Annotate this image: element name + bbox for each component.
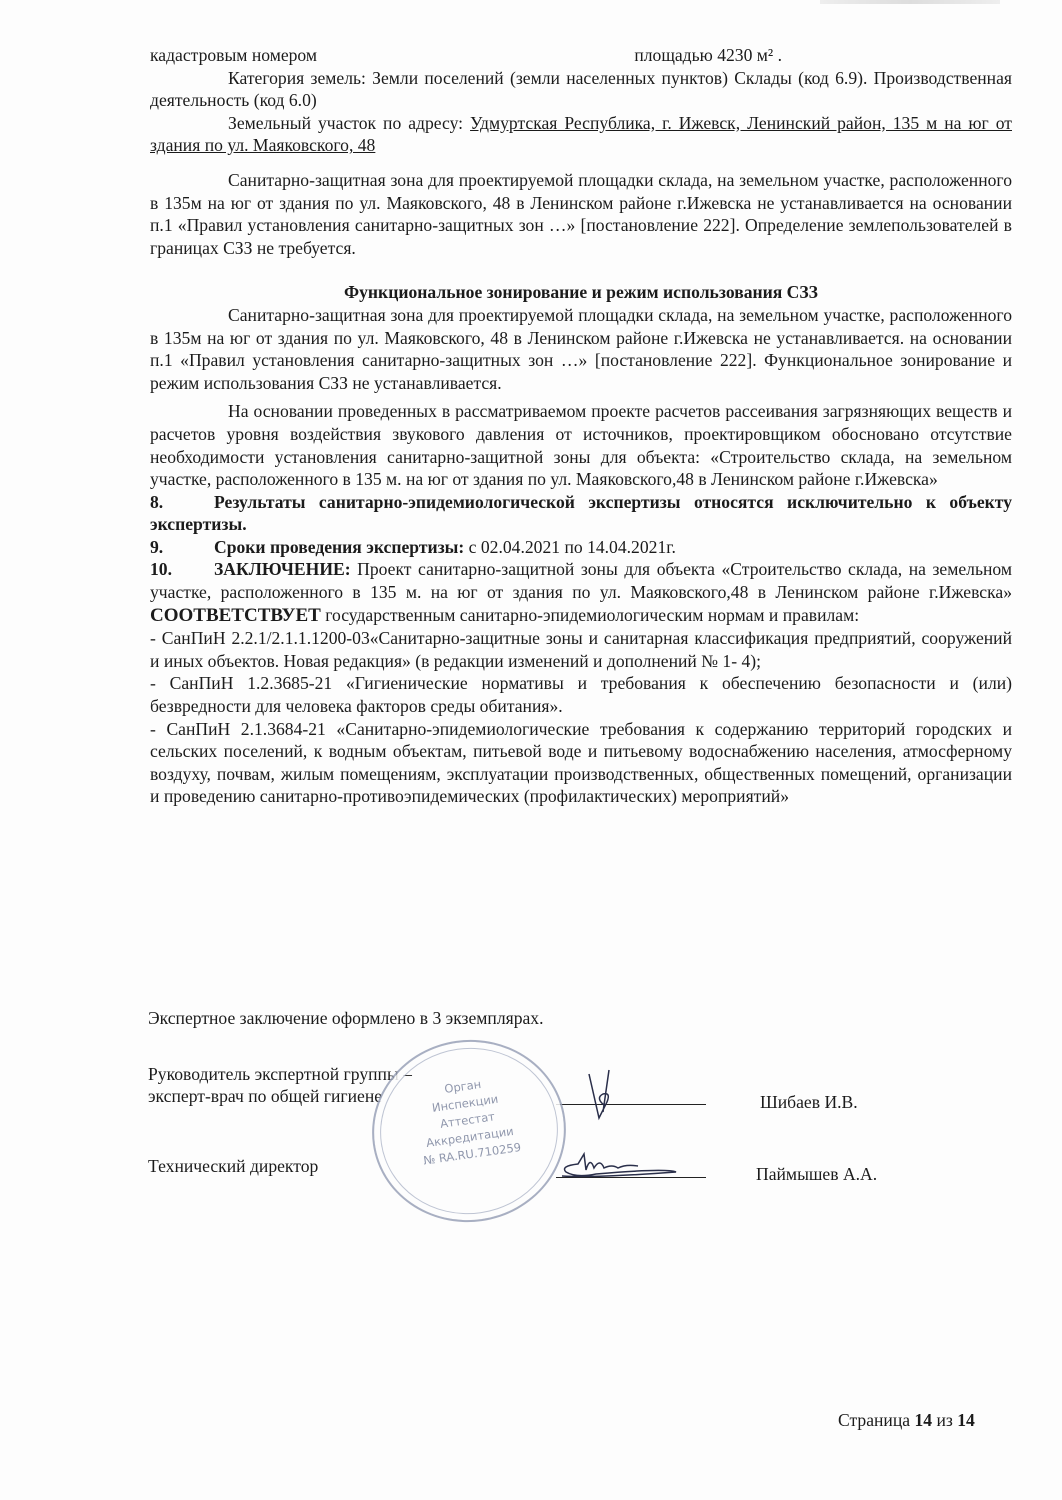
szz-paragraph-2: Санитарно-защитная зона для проектируемо… bbox=[150, 304, 1012, 394]
land-category: Категория земель: Земли поселений (земли… bbox=[150, 67, 1012, 112]
signature-2-icon bbox=[556, 1148, 686, 1184]
signer-2-name: Паймышев А.А. bbox=[756, 1164, 877, 1185]
item-9: 9.Сроки проведения экспертизы: с 02.04.2… bbox=[150, 536, 1012, 559]
address-label: Земельный участок по адресу: bbox=[228, 113, 470, 133]
norm-item: - СанПиН 2.2.1/2.1.1.1200-03«Санитарно-з… bbox=[150, 627, 1012, 672]
norm-item: - СанПиН 1.2.3685-21 «Гигиенические норм… bbox=[150, 672, 1012, 717]
address-paragraph: Земельный участок по адресу: Удмуртская … bbox=[150, 112, 1012, 157]
basis-paragraph: На основании проведенных в рассматриваем… bbox=[150, 400, 1012, 490]
item-10-text-b: государственным санитарно-эпидемиологиче… bbox=[321, 605, 859, 625]
item-8-text: Результаты санитарно-эпидемиологической … bbox=[150, 492, 1012, 535]
szz-paragraph-1: Санитарно-защитная зона для проектируемо… bbox=[150, 169, 1012, 259]
norm-item: - СанПиН 2.1.3684-21 «Санитарно-эпидемио… bbox=[150, 718, 1012, 808]
scan-artifact bbox=[820, 0, 1000, 4]
item-9-label: Сроки проведения экспертизы: bbox=[214, 537, 464, 557]
page-label: Страница bbox=[838, 1410, 914, 1430]
page-current: 14 bbox=[914, 1410, 932, 1430]
zoning-heading: Функциональное зонирование и режим испол… bbox=[150, 281, 1012, 304]
item-9-dates: с 02.04.2021 по 14.04.2021г. bbox=[464, 537, 676, 557]
signer-1-name: Шибаев И.В. bbox=[760, 1092, 858, 1113]
accreditation-stamp: Орган Инспекции Аттестат Аккредитации № … bbox=[360, 1027, 577, 1234]
signature-1-icon bbox=[585, 1068, 625, 1126]
item-9-number: 9. bbox=[150, 536, 214, 559]
role-2: Технический директор bbox=[148, 1156, 318, 1177]
page-footer: Страница 14 из 14 bbox=[838, 1410, 975, 1431]
signature-line-1 bbox=[556, 1104, 706, 1105]
conformity-verdict: СООТВЕТСТВУЕТ bbox=[150, 605, 321, 626]
item-8: 8.Результаты санитарно-эпидемиологическо… bbox=[150, 491, 1012, 536]
item-10-number: 10. bbox=[150, 558, 214, 581]
item-10: 10.ЗАКЛЮЧЕНИЕ: Проект санитарно-защитной… bbox=[150, 558, 1012, 627]
item-8-number: 8. bbox=[150, 491, 214, 514]
area-value: площадью 4230 м² . bbox=[634, 44, 782, 67]
of-label: из bbox=[932, 1410, 957, 1430]
item-10-label: ЗАКЛЮЧЕНИЕ: bbox=[214, 559, 351, 579]
cadastral-line: кадастровым номером площадью 4230 м² . bbox=[150, 44, 1012, 67]
role-1-line-2: эксперт-врач по общей гигиене bbox=[148, 1086, 382, 1107]
copies-note: Экспертное заключение оформлено в 3 экзе… bbox=[148, 1008, 544, 1029]
page-total: 14 bbox=[957, 1410, 975, 1430]
cadastral-label: кадастровым номером bbox=[150, 44, 317, 67]
document-body: кадастровым номером площадью 4230 м² . К… bbox=[150, 44, 1012, 808]
role-1-line-1: Руководитель экспертной группы – bbox=[148, 1064, 412, 1085]
